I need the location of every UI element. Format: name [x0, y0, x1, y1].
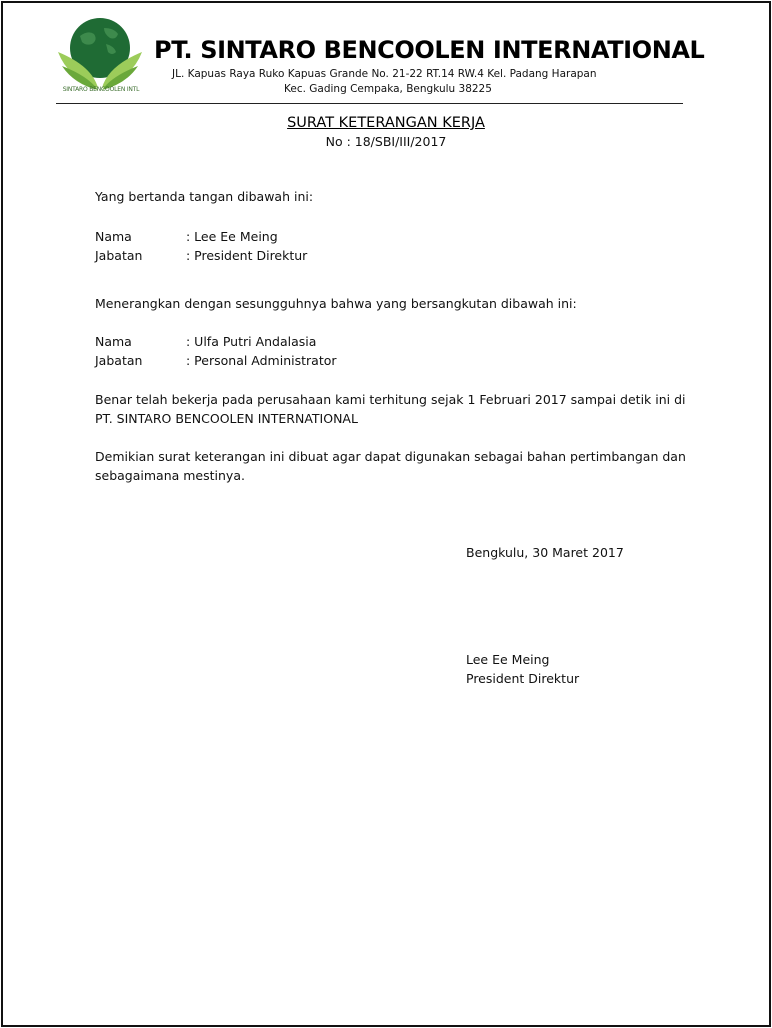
- signer-name-value: : Lee Ee Meing: [186, 229, 278, 244]
- closing-text-line-1: Demikian surat keterangan ini dibuat aga…: [95, 449, 686, 464]
- closing-text-line-2: sebagaimana mestinya.: [95, 468, 245, 483]
- address-line-2: Kec. Gading Cempaka, Bengkulu 38225: [284, 83, 492, 95]
- signer-position-label: Jabatan: [95, 248, 142, 263]
- employee-name-value: : Ulfa Putri Andalasia: [186, 334, 316, 349]
- intro-text: Yang bertanda tangan dibawah ini:: [95, 189, 313, 204]
- signatory-name: Lee Ee Meing: [466, 652, 549, 667]
- signer-position-value: : President Direktur: [186, 248, 307, 263]
- company-name: PT. SINTARO BENCOOLEN INTERNATIONAL: [154, 36, 704, 64]
- statement-text: Menerangkan dengan sesungguhnya bahwa ya…: [95, 296, 577, 311]
- signatory-title: President Direktur: [466, 671, 579, 686]
- letter-title: SURAT KETERANGAN KERJA: [0, 115, 772, 131]
- employment-text-line-2: PT. SINTARO BENCOOLEN INTERNATIONAL: [95, 411, 358, 426]
- company-logo-icon: [56, 14, 144, 96]
- place-date: Bengkulu, 30 Maret 2017: [466, 545, 624, 560]
- employment-text-line-1: Benar telah bekerja pada perusahaan kami…: [95, 392, 686, 407]
- header-divider: [56, 103, 683, 104]
- employee-position-value: : Personal Administrator: [186, 353, 337, 368]
- logo-caption: SINTARO BENCOOLEN INTL: [54, 86, 148, 93]
- signer-name-label: Nama: [95, 229, 132, 244]
- employee-name-label: Nama: [95, 334, 132, 349]
- page-frame: [1, 1, 771, 1027]
- letter-number: No : 18/SBI/III/2017: [0, 134, 772, 149]
- employee-position-label: Jabatan: [95, 353, 142, 368]
- address-line-1: JL. Kapuas Raya Ruko Kapuas Grande No. 2…: [172, 68, 597, 80]
